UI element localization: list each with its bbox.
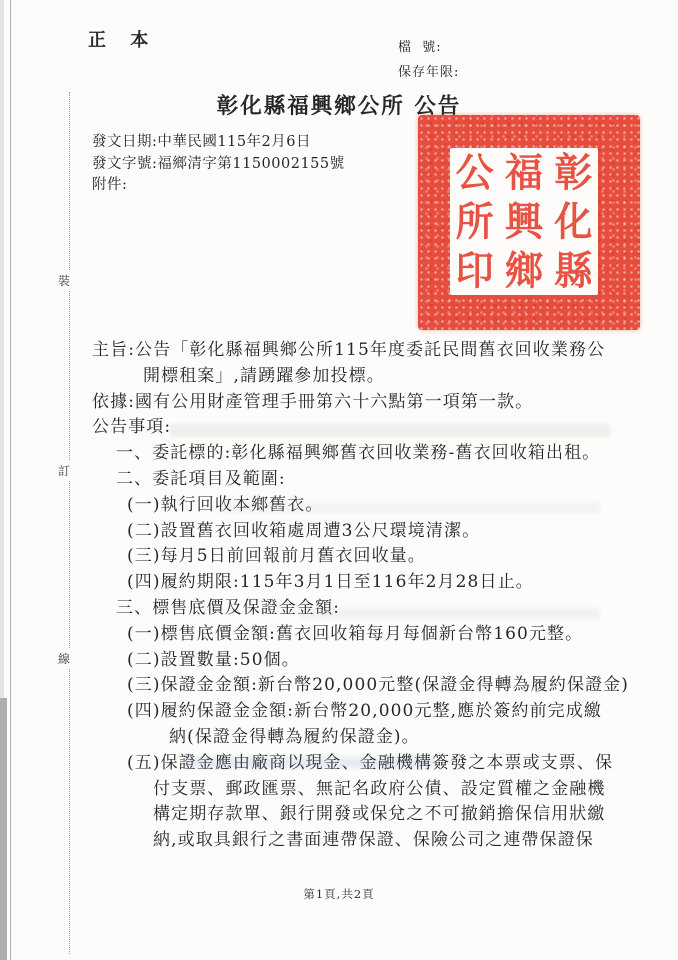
- body-line: (四)履約期限:115年3月1日至116年2月28日止。: [0, 570, 678, 596]
- announcement-body: 主旨:公告「彰化縣福興鄉公所115年度委託民間舊衣回收業務公 開標租案」,請踴躍…: [0, 338, 678, 854]
- seal-char: 化: [549, 196, 598, 247]
- body-line: (三)每月5日前回報前月舊衣回收量。: [0, 544, 678, 570]
- body-line: 付支票、郵政匯票、無記名政府公債、設定質權之金融機: [0, 777, 678, 803]
- document-page: 裝 訂 線 正 本 檔 號: 保存年限: 彰化縣福興鄉公所 公告 發文日期:中華…: [0, 0, 678, 960]
- seal-char: 福: [499, 147, 548, 198]
- binding-mark-zhuang: 裝: [56, 270, 72, 291]
- retention-period-label: 保存年限:: [398, 60, 459, 85]
- body-line: (一)執行回收本鄉舊衣。: [0, 493, 678, 519]
- seal-char: 印: [450, 245, 499, 296]
- issuance-meta-block: 發文日期:中華民國115年2月6日 發文字號:福鄉清字第1150002155號 …: [92, 132, 345, 197]
- body-line: 二、委託項目及範圍:: [0, 467, 678, 493]
- body-line: 一、委託標的:彰化縣福興鄉舊衣回收業務-舊衣回收箱出租。: [0, 441, 678, 467]
- seal-char: 鄉: [499, 245, 548, 296]
- body-line: (五)保證金應由廠商以現金、金融機構簽發之本票或支票、保: [0, 751, 678, 777]
- file-reference-block: 檔 號: 保存年限:: [398, 35, 459, 85]
- official-seal: 公 福 彰 所 興 化 印 鄉 縣: [418, 115, 640, 330]
- body-line: 納(保證金得轉為履約保證金)。: [0, 725, 678, 751]
- seal-char: 所: [450, 196, 499, 247]
- body-line: (三)保證金金額:新台幣20,000元整(保證金得轉為履約保證金): [0, 673, 678, 699]
- body-line: 構定期存款單、銀行開發或保兌之不可撤銷擔保信用狀繳: [0, 802, 678, 828]
- seal-char: 興: [499, 196, 548, 247]
- attachment-line: 附件:: [92, 175, 345, 197]
- body-line: 開標租案」,請踴躍參加投標。: [0, 364, 678, 390]
- body-line: 公告事項:: [0, 415, 678, 441]
- body-line: 依據:國有公用財產管理手冊第六十六點第一項第一款。: [0, 390, 678, 416]
- page-number-footer: 第1頁,共2頁: [0, 886, 678, 902]
- seal-char: 彰: [549, 147, 598, 198]
- body-line: 納,或取具銀行之書面連帶保證、保險公司之連帶保證保: [0, 828, 678, 854]
- copy-type-label: 正 本: [88, 26, 157, 52]
- issue-number-line: 發文字號:福鄉清字第1150002155號: [92, 154, 345, 176]
- body-line: (一)標售底價金額:舊衣回收箱每月每個新台幣160元整。: [0, 622, 678, 648]
- body-line: 主旨:公告「彰化縣福興鄉公所115年度委託民間舊衣回收業務公: [0, 338, 678, 364]
- body-line: (二)設置數量:50個。: [0, 648, 678, 674]
- file-number-label: 檔 號:: [398, 35, 459, 60]
- seal-char: 公: [450, 147, 499, 198]
- body-line: 三、標售底價及保證金金額:: [0, 596, 678, 622]
- issue-date-line: 發文日期:中華民國115年2月6日: [92, 132, 345, 154]
- seal-face: 公 福 彰 所 興 化 印 鄉 縣: [450, 148, 598, 295]
- body-line: (二)設置舊衣回收箱處周遭3公尺環境清潔。: [0, 519, 678, 545]
- seal-char: 縣: [549, 245, 598, 296]
- body-line: (四)履約保證金金額:新台幣20,000元整,應於簽約前完成繳: [0, 699, 678, 725]
